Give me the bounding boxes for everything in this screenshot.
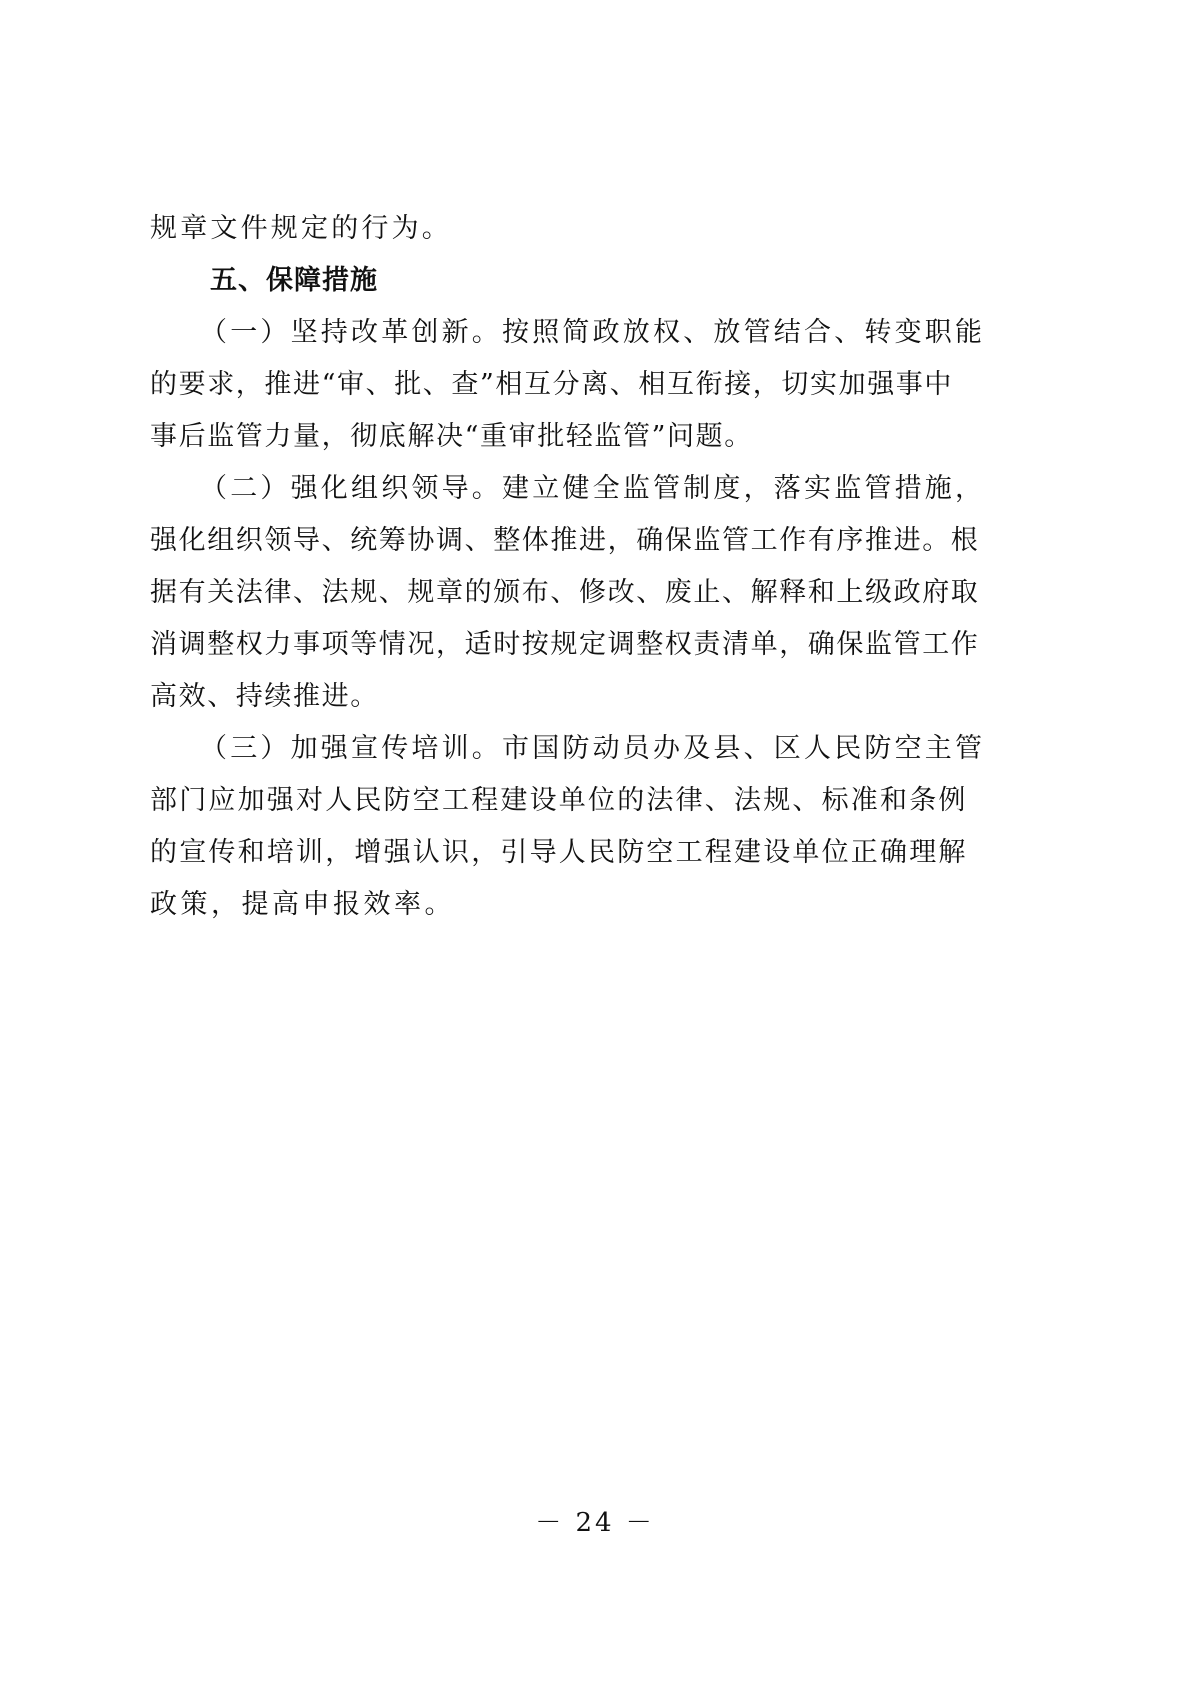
paragraph-2-line: 强化组织领导、统筹协调、整体推进，确保监管工作有序推进。根	[150, 524, 979, 558]
paragraph-2-line: 消调整权力事项等情况，适时按规定调整权责清单，确保监管工作	[150, 628, 979, 662]
document-page: 规章文件规定的行为。 五、保障措施 （一）坚持改革创新。按照简政放权、放管结合、…	[0, 0, 1190, 1683]
paragraph-2-line: 高效、持续推进。	[150, 680, 379, 714]
page-number: － 24 －	[0, 1502, 1190, 1539]
paragraph-1-line: （一）坚持改革创新。按照简政放权、放管结合、转变职能	[200, 316, 985, 350]
paragraph-2-line: （二）强化组织领导。建立健全监管制度，落实监管措施，	[200, 472, 985, 506]
paragraph-1-line: 的要求，推进“审、批、查”相互分离、相互衔接，切实加强事中	[150, 368, 953, 402]
paragraph-1-line: 事后监管力量，彻底解决“重审批轻监管”问题。	[150, 420, 753, 454]
section-heading: 五、保障措施	[210, 264, 378, 298]
paragraph-3-line: 部门应加强对人民防空工程建设单位的法律、法规、标准和条例	[150, 784, 968, 818]
text-line: 规章文件规定的行为。	[150, 212, 452, 246]
paragraph-3-line: 的宣传和培训，增强认识，引导人民防空工程建设单位正确理解	[150, 836, 968, 870]
paragraph-2-line: 据有关法律、法规、规章的颁布、修改、废止、解释和上级政府取	[150, 576, 979, 610]
paragraph-3-line: 政策，提高申报效率。	[150, 888, 455, 922]
paragraph-3-line: （三）加强宣传培训。市国防动员办及县、区人民防空主管	[200, 732, 985, 766]
